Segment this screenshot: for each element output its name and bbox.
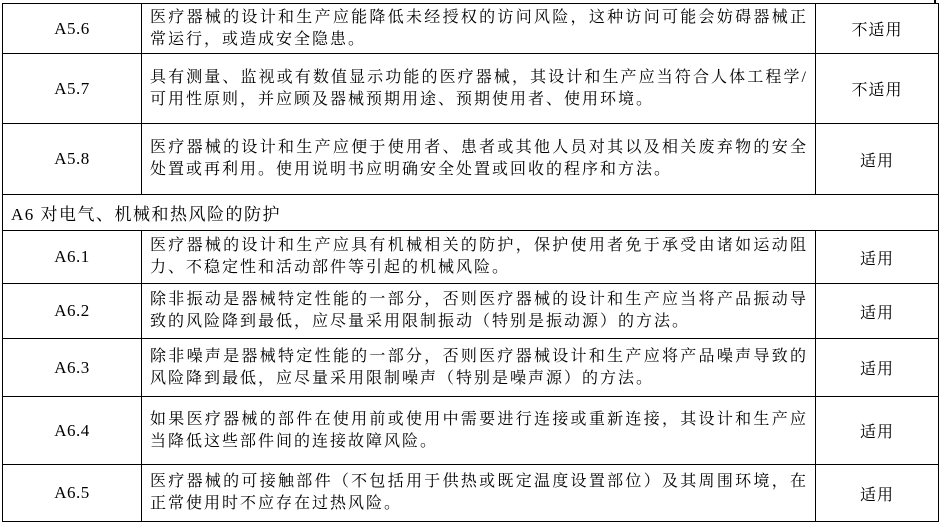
- status-cell: 不适用: [816, 4, 939, 54]
- requirement-cell: 具有测量、监视或有数值显示功能的医疗器械，其设计和生产应当符合人体工程学/可用性…: [142, 54, 816, 124]
- table-row-a6-3: A6.3 除非噪声是器械特定性能的一部分，否则医疗器械设计和生产应将产品噪声导致…: [3, 339, 939, 397]
- clause-cell: A5.8: [3, 124, 142, 195]
- table-row-a6-4: A6.4 如果医疗器械的部件在使用前或使用中需要进行连接或重新连接，其设计和生产…: [3, 397, 939, 465]
- table-row-a5-6: A5.6 医疗器械的设计和生产应能降低未经授权的访问风险，这种访问可能会妨碍器械…: [3, 4, 939, 54]
- clause-cell: A6.2: [3, 284, 142, 339]
- clause-cell: A5.7: [3, 54, 142, 124]
- clause-cell: A6.4: [3, 397, 142, 465]
- status-cell: 适用: [816, 465, 939, 522]
- status-cell: 适用: [816, 284, 939, 339]
- clause-cell: A6.5: [3, 465, 142, 522]
- requirements-table: A5.6 医疗器械的设计和生产应能降低未经授权的访问风险，这种访问可能会妨碍器械…: [2, 3, 939, 522]
- clause-cell: A6.3: [3, 339, 142, 397]
- requirement-cell: 除非振动是器械特定性能的一部分，否则医疗器械的设计和生产应当将产品振动导致的风险…: [142, 284, 816, 339]
- table-row-a5-8: A5.8 医疗器械的设计和生产应便于使用者、患者或其他人员对其以及相关废弃物的安…: [3, 124, 939, 195]
- status-cell: 适用: [816, 339, 939, 397]
- requirement-cell: 医疗器械的设计和生产应便于使用者、患者或其他人员对其以及相关废弃物的安全处置或再…: [142, 124, 816, 195]
- requirement-cell: 医疗器械的设计和生产应能降低未经授权的访问风险，这种访问可能会妨碍器械正常运行，…: [142, 4, 816, 54]
- clause-cell: A5.6: [3, 4, 142, 54]
- table-section-header-a6: A6 对电气、机械和热风险的防护: [3, 195, 939, 231]
- status-cell: 适用: [816, 397, 939, 465]
- table-row-a6-1: A6.1 医疗器械的设计和生产应具有机械相关的防护，保护使用者免于承受由诸如运动…: [3, 231, 939, 284]
- status-cell: 适用: [816, 231, 939, 284]
- table-row-a6-5: A6.5 医疗器械的可接触部件（不包括用于供热或既定温度设置部位）及其周围环境，…: [3, 465, 939, 522]
- section-header-cell: A6 对电气、机械和热风险的防护: [3, 195, 939, 231]
- status-cell: 适用: [816, 124, 939, 195]
- table-row-a5-7: A5.7 具有测量、监视或有数值显示功能的医疗器械，其设计和生产应当符合人体工程…: [3, 54, 939, 124]
- status-cell: 不适用: [816, 54, 939, 124]
- table-row-a6-2: A6.2 除非振动是器械特定性能的一部分，否则医疗器械的设计和生产应当将产品振动…: [3, 284, 939, 339]
- document-page: A5.6 医疗器械的设计和生产应能降低未经授权的访问风险，这种访问可能会妨碍器械…: [0, 0, 948, 524]
- requirement-cell: 除非噪声是器械特定性能的一部分，否则医疗器械设计和生产应将产品噪声导致的风险降到…: [142, 339, 816, 397]
- clause-cell: A6.1: [3, 231, 142, 284]
- requirement-cell: 医疗器械的设计和生产应具有机械相关的防护，保护使用者免于承受由诸如运动阻力、不稳…: [142, 231, 816, 284]
- requirement-cell: 如果医疗器械的部件在使用前或使用中需要进行连接或重新连接，其设计和生产应当降低这…: [142, 397, 816, 465]
- requirement-cell: 医疗器械的可接触部件（不包括用于供热或既定温度设置部位）及其周围环境，在正常使用…: [142, 465, 816, 522]
